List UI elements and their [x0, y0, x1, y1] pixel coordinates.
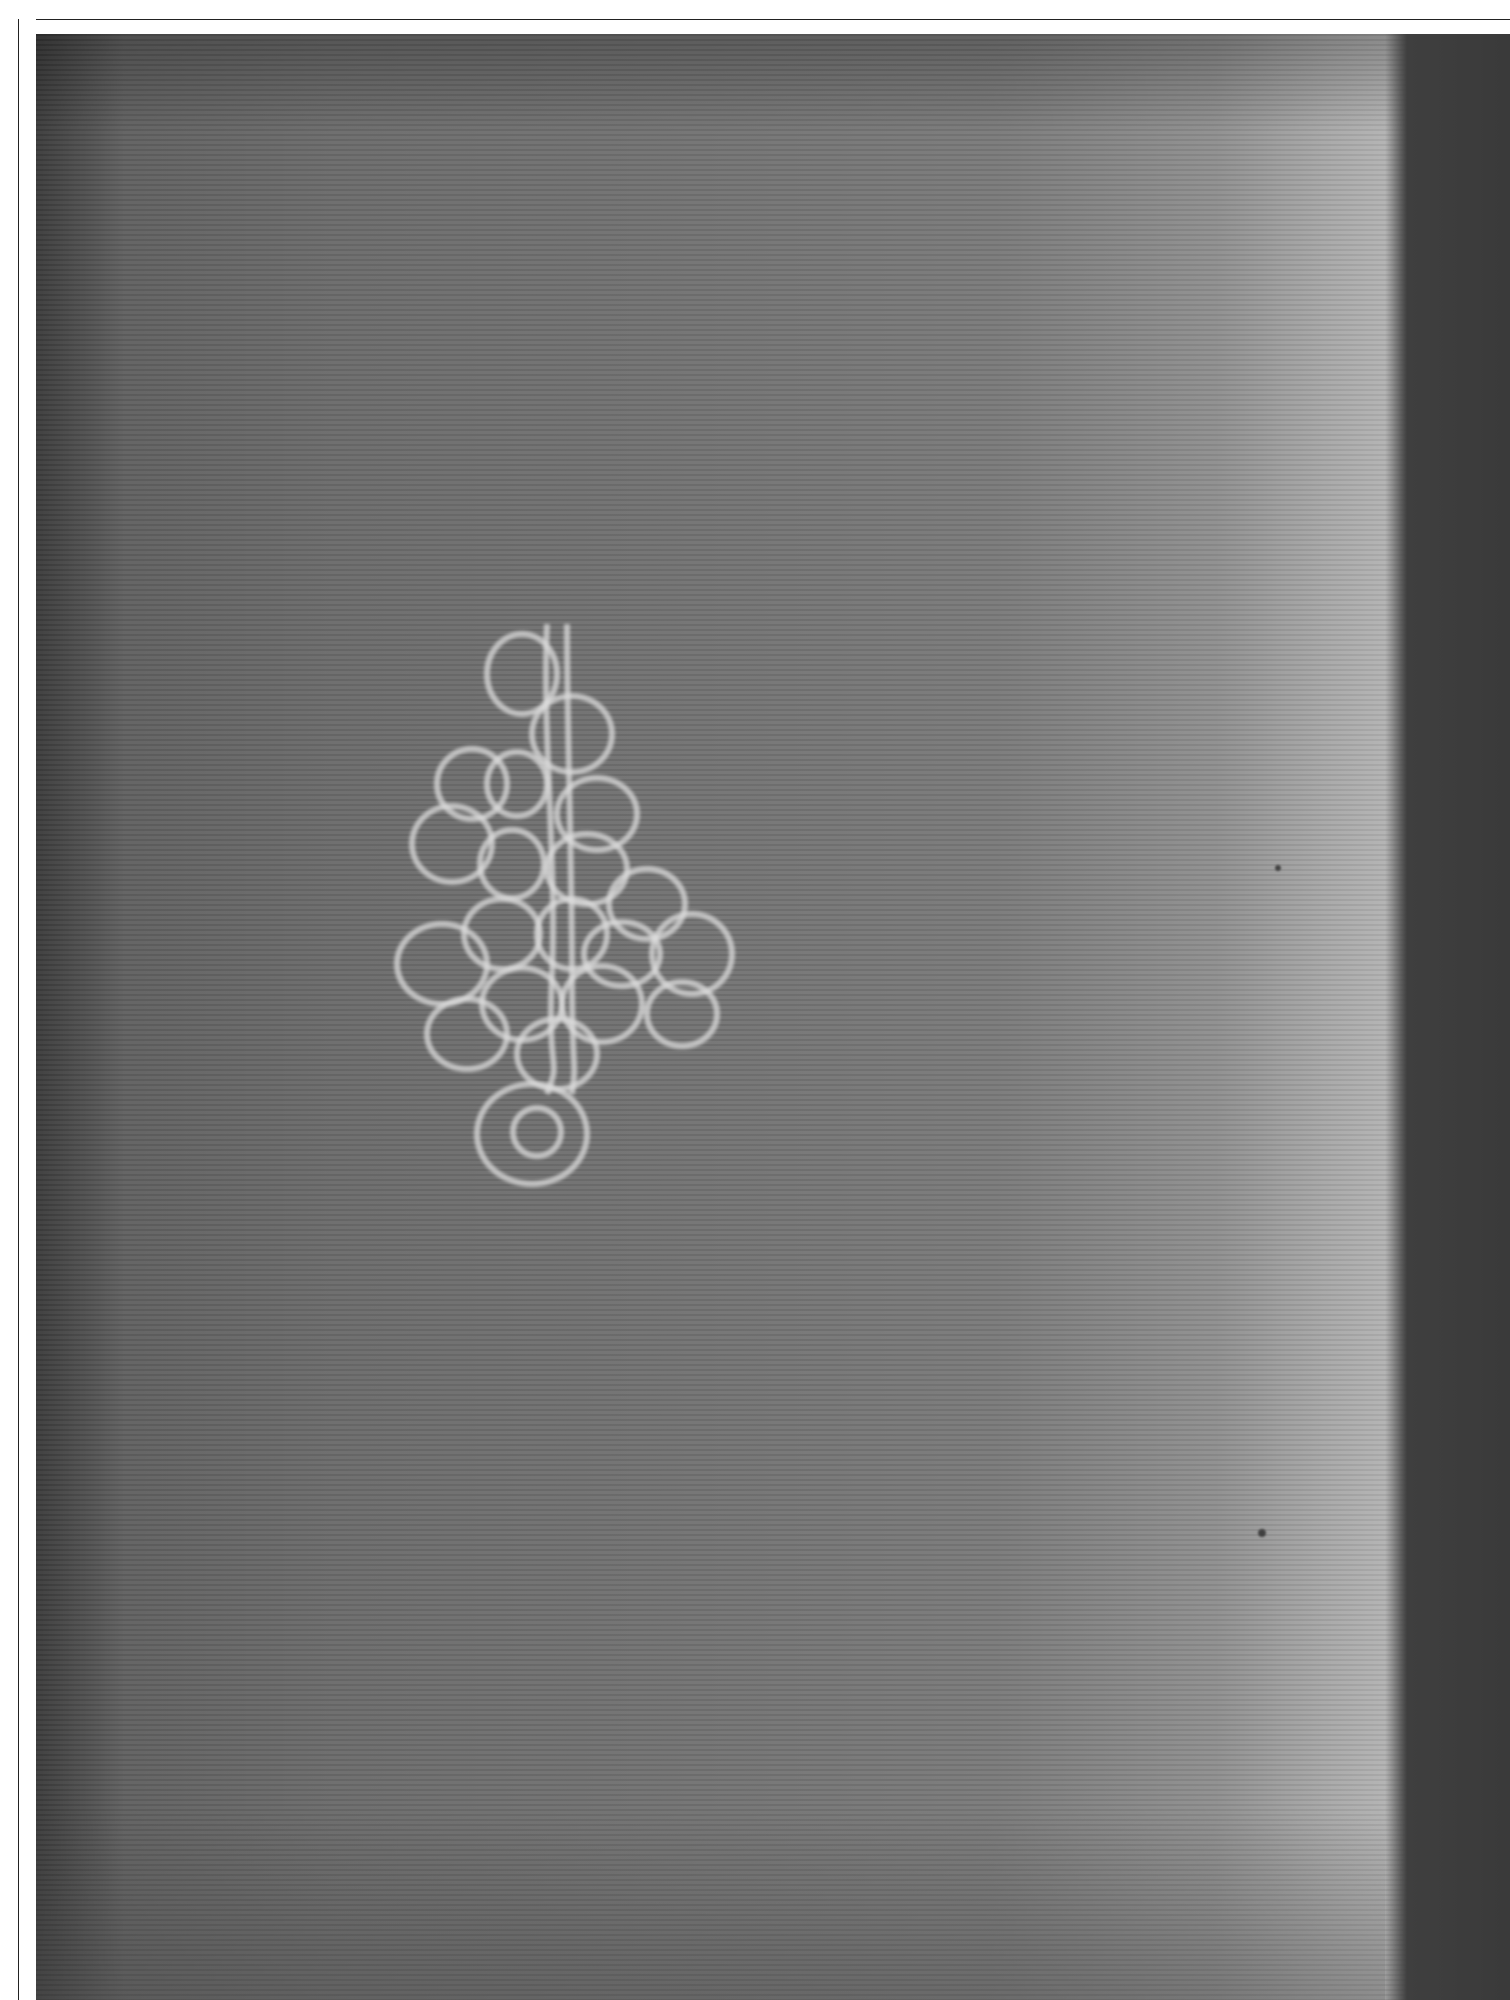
ruler-left-edge [18, 19, 19, 2000]
ruler-top-edge [18, 19, 1510, 20]
ornament-flourish [372, 614, 752, 1194]
manuscript-photo [36, 34, 1510, 2000]
ink-spot [1258, 1529, 1266, 1537]
ruler-top [0, 0, 1510, 34]
parchment-lower-margin [36, 1814, 1385, 2000]
background-strip [1385, 34, 1510, 2000]
ink-spot [1275, 865, 1281, 871]
ruler-left [0, 0, 36, 2000]
parchment-texture [36, 34, 1510, 2000]
